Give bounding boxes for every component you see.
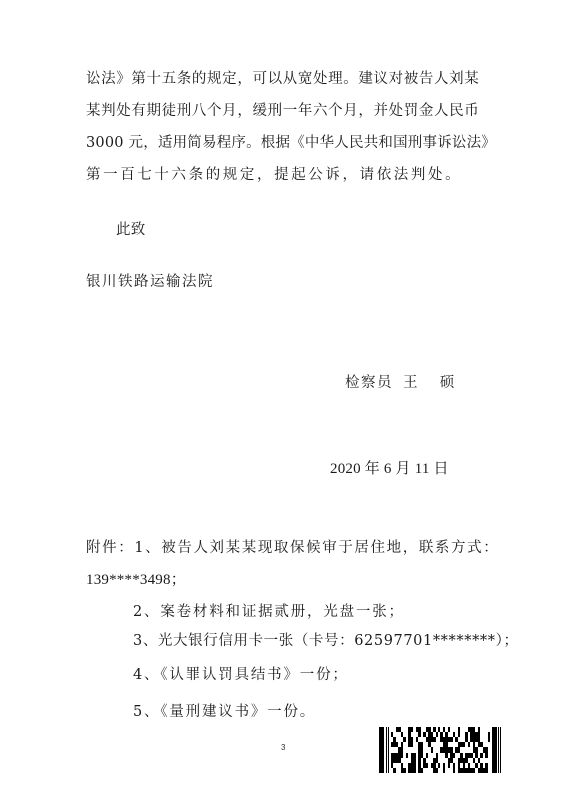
body-line-3: 3000 元，适用简易程序。根据《中华人民共和国刑事诉讼法》 <box>86 135 479 151</box>
document-date: 2020 年 6 月 11 日 <box>330 461 449 477</box>
signature-block: 检察员王硕 <box>345 375 454 391</box>
attachment-item-3: 3、光大银行信用卡一张（卡号：62597701********）； <box>133 633 519 649</box>
page-number: 3 <box>281 743 285 752</box>
body-line-4: 第一百七十六条的规定，提起公诉，请依法判处。 <box>86 167 462 183</box>
signature-title: 检察员 <box>345 375 393 391</box>
signature-surname: 王 <box>403 375 418 391</box>
barcode-data-region <box>391 727 490 773</box>
document-page: 讼法》第十五条的规定，可以从宽处理。建议对被告人刘某 某判处有期徒刑八个月，缓刑… <box>0 0 565 800</box>
attachment-item-5: 5、《量刑建议书》一份。 <box>133 704 316 720</box>
attachment-item-1: 附件：1、被告人刘某某现取保候审于居住地，联系方式： <box>86 540 499 556</box>
salutation: 此致 <box>116 222 145 238</box>
addressee: 银川铁路运输法院 <box>86 274 214 290</box>
pdf417-barcode-icon <box>379 727 501 773</box>
attachment-item-1-continuation: 139****3498； <box>86 572 186 588</box>
attachment-item-4: 4、《认罪认罚具结书》一份； <box>133 667 349 683</box>
attachments-label: 附件： <box>86 540 134 556</box>
body-line-2: 某判处有期徒刑八个月，缓刑一年六个月，并处罚金人民币 <box>86 103 479 119</box>
signature-given-name: 硕 <box>440 375 455 391</box>
attachment-item-2: 2、案卷材料和证据贰册，光盘一张； <box>133 604 405 620</box>
body-line-1: 讼法》第十五条的规定，可以从宽处理。建议对被告人刘某 <box>86 71 479 87</box>
